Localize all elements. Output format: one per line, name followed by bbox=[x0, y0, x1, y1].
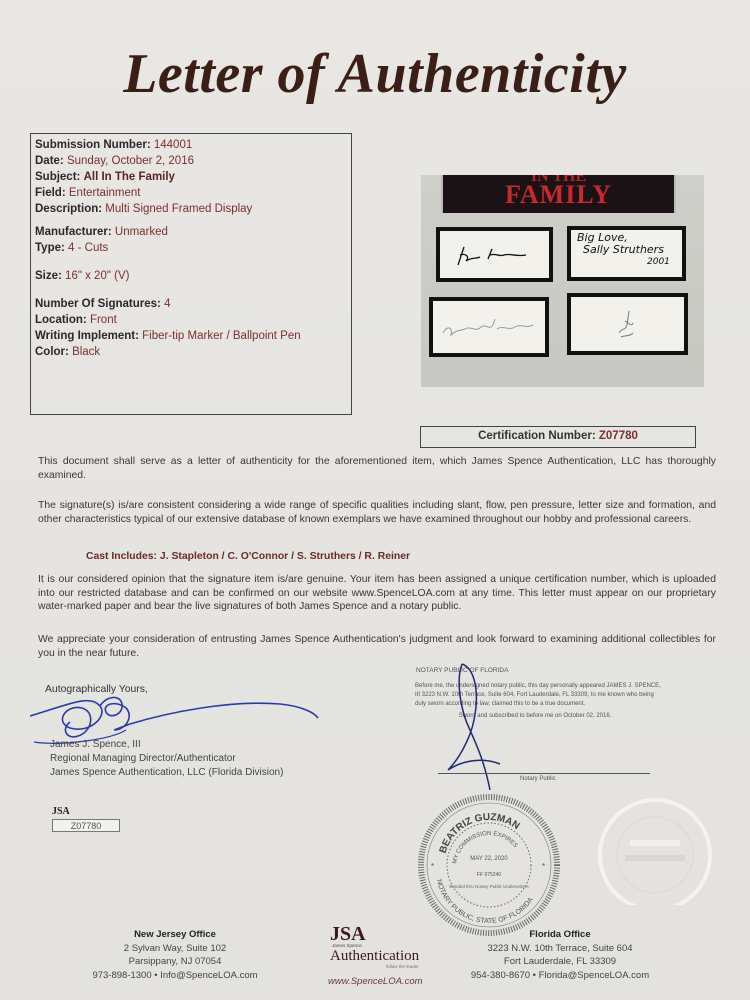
certification-number-label: Certification Number: bbox=[478, 430, 596, 442]
signer-name: James J. Spence, III bbox=[50, 738, 290, 752]
date-row: Date: Sunday, October 2, 2016 bbox=[35, 153, 347, 169]
color-row: Color: Black bbox=[35, 344, 347, 360]
color-label: Color: bbox=[35, 346, 69, 358]
description-value: Multi Signed Framed Display bbox=[105, 203, 252, 215]
item-photo: IN THE FAMILY Big Love, Sally Struthers … bbox=[421, 175, 704, 387]
certification-number-value: Z07780 bbox=[599, 430, 638, 442]
embossed-seal-icon bbox=[580, 795, 730, 905]
notary-seal-icon: BEATRIZ GUZMAN MY COMMISSION EXPIRES MAY… bbox=[414, 790, 564, 940]
description-label: Description: bbox=[35, 203, 102, 215]
notary-signature-icon bbox=[440, 660, 580, 800]
date-value: Sunday, October 2, 2016 bbox=[67, 155, 194, 167]
paragraph-opinion: It is our considered opinion that the si… bbox=[38, 573, 716, 614]
notary-signature-line bbox=[438, 773, 650, 774]
submission-number-row: Submission Number: 144001 bbox=[35, 137, 347, 153]
location-row: Location: Front bbox=[35, 312, 347, 328]
certification-number-box: Certification Number: Z07780 bbox=[420, 426, 696, 448]
svg-text:Bonded thru Notary Public Unde: Bonded thru Notary Public Underwriters bbox=[449, 884, 529, 889]
paragraph-consistency: The signature(s) is/are consistent consi… bbox=[38, 499, 716, 526]
jsa-hologram-sticker: JSA Z07780 bbox=[52, 806, 120, 832]
size-row: Size: 16" x 20" (V) bbox=[35, 268, 347, 284]
signer-title: Regional Managing Director/Authenticator bbox=[50, 752, 290, 766]
jsa-logo-authentication: Authentication bbox=[330, 949, 440, 964]
nj-contact: 973-898-1300 • Info@SpenceLOA.com bbox=[85, 969, 265, 983]
fl-address-line2: Fort Lauderdale, FL 33309 bbox=[455, 955, 665, 969]
jsa-logo-slogan: follow the leader bbox=[386, 964, 440, 970]
subject-row: Subject: All In The Family bbox=[35, 169, 347, 185]
nj-address-line1: 2 Sylvan Way, Suite 102 bbox=[85, 942, 265, 956]
jsa-sticker-logo: JSA bbox=[52, 806, 120, 817]
location-value: Front bbox=[90, 314, 117, 326]
svg-text:*: * bbox=[542, 862, 545, 871]
writing-implement-value: Fiber-tip Marker / Ballpoint Pen bbox=[142, 330, 301, 342]
location-label: Location: bbox=[35, 314, 87, 326]
signature-cut-struthers: Big Love, Sally Struthers 2001 bbox=[567, 226, 686, 281]
description-row: Description: Multi Signed Framed Display bbox=[35, 201, 347, 217]
signature-scribble-icon bbox=[440, 231, 550, 279]
manufacturer-label: Manufacturer: bbox=[35, 226, 112, 238]
subject-value: All In The Family bbox=[84, 171, 175, 183]
size-label: Size: bbox=[35, 270, 62, 282]
type-value: 4 - Cuts bbox=[68, 242, 108, 254]
manufacturer-value: Unmarked bbox=[115, 226, 168, 238]
writing-implement-row: Writing Implement: Fiber-tip Marker / Ba… bbox=[35, 328, 325, 344]
notary-line-label: Notary Public bbox=[520, 776, 556, 782]
cast-list: Cast Includes: J. Stapleton / C. O'Conno… bbox=[86, 551, 410, 562]
faded-signature-icon bbox=[571, 297, 684, 351]
jsa-sticker-number: Z07780 bbox=[52, 819, 120, 832]
document-title: Letter of Authenticity bbox=[0, 42, 750, 106]
nj-office-name: New Jersey Office bbox=[85, 928, 265, 942]
signature-cut-stapleton bbox=[429, 297, 549, 357]
faded-signature-icon bbox=[433, 301, 545, 353]
svg-text:*: * bbox=[431, 862, 434, 871]
signer-company: James Spence Authentication, LLC (Florid… bbox=[50, 766, 290, 780]
number-of-signatures-value: 4 bbox=[164, 298, 170, 310]
footer-florida-office: Florida Office 3223 N.W. 10th Terrace, S… bbox=[455, 928, 665, 982]
fl-office-name: Florida Office bbox=[455, 928, 665, 942]
paragraph-appreciation: We appreciate your consideration of entr… bbox=[38, 633, 716, 660]
writing-implement-label: Writing Implement: bbox=[35, 330, 139, 342]
number-of-signatures-row: Number Of Signatures: 4 bbox=[35, 296, 347, 312]
type-row: Type: 4 - Cuts bbox=[35, 240, 347, 256]
fl-contact: 954-380-8670 • Florida@SpenceLOA.com bbox=[455, 969, 665, 983]
banner-main-text: FAMILY bbox=[443, 182, 674, 208]
family-banner: IN THE FAMILY bbox=[441, 175, 676, 213]
paragraph-intro: This document shall serve as a letter of… bbox=[38, 455, 716, 482]
signer-block: James J. Spence, III Regional Managing D… bbox=[50, 738, 290, 780]
footer-new-jersey-office: New Jersey Office 2 Sylvan Way, Suite 10… bbox=[85, 928, 265, 982]
subject-label: Subject: bbox=[35, 171, 80, 183]
jsa-footer-logo: JSA James Spence Authentication follow t… bbox=[320, 925, 440, 987]
number-of-signatures-label: Number Of Signatures: bbox=[35, 298, 161, 310]
item-details-box: Submission Number: 144001 Date: Sunday, … bbox=[30, 133, 352, 415]
svg-text:MAY 22, 2020: MAY 22, 2020 bbox=[470, 856, 508, 862]
nj-address-line2: Parsippany, NJ 07054 bbox=[85, 955, 265, 969]
field-label: Field: bbox=[35, 187, 66, 199]
signature-cut-reiner bbox=[436, 227, 553, 282]
signature-cut-oconnor bbox=[567, 293, 688, 355]
jsa-logo-text: JSA bbox=[330, 925, 440, 943]
date-label: Date: bbox=[35, 155, 64, 167]
jsa-website-link[interactable]: www.SpenceLOA.com bbox=[328, 976, 440, 987]
field-value: Entertainment bbox=[69, 187, 141, 199]
manufacturer-row: Manufacturer: Unmarked bbox=[35, 224, 347, 240]
fl-address-line1: 3223 N.W. 10th Terrace, Suite 604 bbox=[455, 942, 665, 956]
submission-number-label: Submission Number: bbox=[35, 139, 151, 151]
svg-text:FF 975240: FF 975240 bbox=[477, 872, 501, 878]
size-value: 16" x 20" (V) bbox=[65, 270, 129, 282]
field-row: Field: Entertainment bbox=[35, 185, 347, 201]
type-label: Type: bbox=[35, 242, 65, 254]
color-value: Black bbox=[72, 346, 100, 358]
submission-number-value: 144001 bbox=[154, 139, 192, 151]
struthers-inscription: Big Love, Sally Struthers 2001 bbox=[577, 232, 670, 268]
